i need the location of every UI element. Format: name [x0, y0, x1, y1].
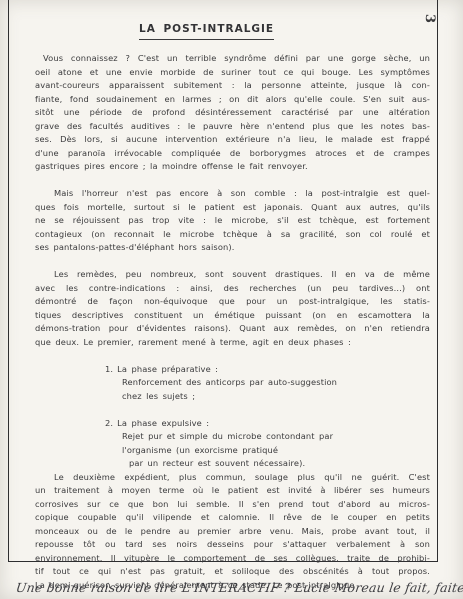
text-line: environnement. Il vitupère le comporteme…: [35, 552, 430, 566]
text-line: contagieux (on reconnait le microbe tchè…: [35, 228, 430, 242]
handwritten-note: Une bonne raison de lire L'INTERACTIF ? …: [15, 580, 458, 595]
text-line: ses. Dès lors, si aucune intervention ex…: [35, 133, 430, 147]
paragraph-4: Le deuxième expédient, plus commun, soul…: [35, 471, 430, 593]
text-line: Les remèdes, peu nombreux, sont souvent …: [35, 268, 430, 282]
remedy-phase-list: 1.La phase préparative : Renforcement de…: [35, 363, 430, 471]
text-line: chez les sujets ;: [122, 390, 430, 404]
text-line: ques fois mortelle, surtout si le patien…: [35, 201, 430, 215]
text-line: démons-tration pour d'évidentes raisons)…: [35, 322, 430, 336]
paragraph-2: Mais l'horreur n'est pas encore à son co…: [35, 187, 430, 255]
text-line: copique coupable qu'il vilipende et calo…: [35, 511, 430, 525]
text-line: que deux. Le premier, rarement mené à te…: [35, 336, 430, 350]
text-line: démontré de façon non-équivoque que pour…: [35, 295, 430, 309]
list-item-number: 1.: [105, 364, 113, 374]
text-line: Rejet pur et simple du microbe contondan…: [122, 430, 430, 444]
text-line: corrosives sur ce que bon lui semble. Il…: [35, 498, 430, 512]
list-item-body: Renforcement des anticorps par auto-sugg…: [35, 376, 430, 403]
list-item-phase-1: 1.La phase préparative : Renforcement de…: [35, 363, 430, 404]
list-item-heading: 2.La phase expulsive :: [35, 417, 430, 431]
text-line: tif tout ce qui n'est pas gratuit, et so…: [35, 565, 430, 579]
text-line: ses pantalons-pattes-d'éléphant hors sai…: [35, 241, 430, 255]
scanned-document-page: 3 LA POST-INTRALGIE Vous connaissez ? C'…: [0, 0, 463, 599]
document-content: LA POST-INTRALGIE Vous connaissez ? C'es…: [35, 22, 430, 592]
text-line: Le deuxième expédient, plus commun, soul…: [35, 471, 430, 485]
text-line: avant-coureurs apparaissent subitement :…: [35, 79, 430, 93]
text-line: oeil atone et une envie morbide de surin…: [35, 66, 430, 80]
text-line: ne se réjouissent pas trop vite : le mic…: [35, 214, 430, 228]
text-line: monceaux ou de le pendre au premier arbr…: [35, 525, 430, 539]
text-line: repousse tôt ou tard ses noirs desseins …: [35, 538, 430, 552]
title-row: LA POST-INTRALGIE: [35, 22, 430, 52]
paragraph-1: Vous connaissez ? C'est un terrible synd…: [35, 52, 430, 174]
text-line: fiante, fond soudainement en larmes ; on…: [35, 93, 430, 107]
paragraph-3: Les remèdes, peu nombreux, sont souvent …: [35, 268, 430, 349]
text-line: avec les contre-indications : ainsi, des…: [35, 282, 430, 296]
text-line: Mais l'horreur n'est pas encore à son co…: [35, 187, 430, 201]
text-line: l'organisme (un exorcisme pratiqué: [122, 444, 430, 458]
text-line: tiques descriptives constituent un éméti…: [35, 309, 430, 323]
list-item-phase-2: 2.La phase expulsive : Rejet pur et simp…: [35, 417, 430, 471]
text-line: Vous connaissez ? C'est un terrible synd…: [35, 52, 430, 66]
text-line: par un recteur est souvent nécessaire).: [122, 457, 430, 471]
text-line: grave des facultés auditives : le pauvre…: [35, 120, 430, 134]
list-item-title: La phase expulsive :: [117, 418, 209, 428]
text-line: Renforcement des anticorps par auto-sugg…: [122, 376, 430, 390]
text-line: un traitement à moyen terme où le patien…: [35, 484, 430, 498]
text-line: sitôt une période de profond désintéress…: [35, 106, 430, 120]
text-line: gastriques pires encore ; la moindre off…: [35, 160, 430, 174]
list-item-body: Rejet pur et simple du microbe contondan…: [35, 430, 430, 471]
document-title: LA POST-INTRALGIE: [139, 22, 274, 40]
list-item-heading: 1.La phase préparative :: [35, 363, 430, 377]
text-line: d'une paranoïa irrévocable compliquée de…: [35, 147, 430, 161]
list-item-number: 2.: [105, 418, 113, 428]
list-item-title: La phase préparative :: [117, 364, 218, 374]
